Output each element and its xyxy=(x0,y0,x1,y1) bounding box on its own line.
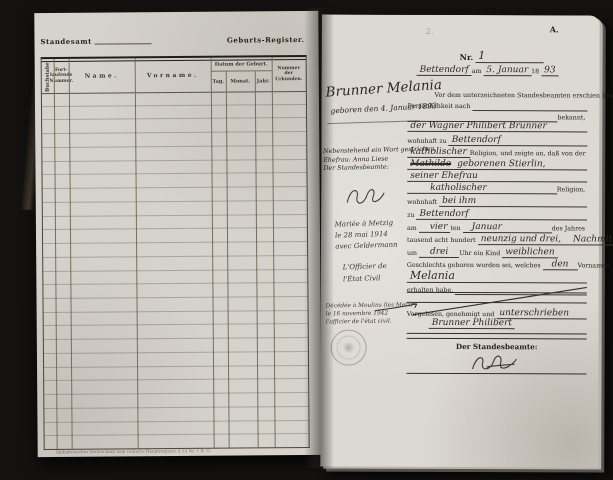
declarant-row: der Wagner Philibert Brunner xyxy=(407,118,587,133)
birthtime-row: um drei Uhr ein Kind weiblichen xyxy=(407,246,587,259)
margin-marriage-note: Mariée à Metzig le 28 mai 1914 avec Geld… xyxy=(335,218,398,253)
erhalten-row: erhalten habe. xyxy=(407,283,587,296)
standesamt-label: Standesamt xyxy=(40,37,91,46)
wohnhaft-value: bei ihm xyxy=(439,196,479,207)
declarant-name: der Wagner Philibert Brunner xyxy=(407,121,549,132)
daytime-value: Nachmittags xyxy=(570,234,613,245)
col-header-day: Tag. xyxy=(211,72,226,92)
divider-rule xyxy=(407,333,587,335)
century-print: 18 xyxy=(531,68,541,76)
mother-name-struck: Mathilde xyxy=(407,159,454,170)
birth-month-value: Januar xyxy=(469,222,505,233)
index-table-header: Buchstabe. Fort- laufende Nummer. Name. … xyxy=(42,57,306,94)
table-row xyxy=(45,434,309,449)
col-header-certificate: Nummer der Urkunden. xyxy=(272,57,306,91)
residence-value: Bettendorf xyxy=(449,135,504,146)
register-title: Geburts-Register. xyxy=(227,35,305,45)
dateline-row: Bettendorf am 5. Januar 18 93 xyxy=(417,62,582,77)
right-page: A. 2. Brunner Melania geboren den 4. Jan… xyxy=(320,15,600,468)
official-signature xyxy=(467,351,523,375)
birthday-row: am vier ten Januar des Jahres xyxy=(407,221,587,234)
left-page: Standesamt Geburts-Register. Buchstabe. … xyxy=(34,11,321,457)
birthplace-value: Bettendorf xyxy=(416,209,471,220)
child-sex-value: weiblichen xyxy=(502,247,557,258)
childname-row: Melania xyxy=(407,268,587,284)
col-header-name: Name. xyxy=(69,58,135,93)
standesbeamte-label: Der Standesbeamte: xyxy=(407,342,587,352)
birthplace-row: zu Bettendorf xyxy=(407,208,587,221)
religion2-value: katholischer xyxy=(427,183,490,194)
col-header-number: Fort- laufende Nummer. xyxy=(54,59,69,93)
birthyear-row: tausend acht hundert neunzig und drei, N… xyxy=(407,233,587,246)
mother-relation: seiner Ehefrau xyxy=(407,171,481,182)
blank-line xyxy=(407,302,587,304)
declarant-signature-row: Brunner Philibert xyxy=(429,316,569,329)
col-header-year: Jahr. xyxy=(255,71,272,91)
notary-stamp-icon xyxy=(331,330,367,366)
col-header-firstname: Vorname. xyxy=(135,58,211,93)
birth-year-value: neunzig und drei, xyxy=(478,234,564,245)
printer-footnote: Alphabetisches Verzeichniß zum Geburts-H… xyxy=(56,449,211,455)
col-header-month: Monat. xyxy=(226,71,255,91)
child-name-value: Melania xyxy=(407,270,458,283)
residence-row: wohnhaft zu Bettendorf xyxy=(407,134,587,147)
table-rows xyxy=(42,91,309,449)
dateline-place: Bettendorf xyxy=(417,65,472,76)
index-table: Buchstabe. Fort- laufende Nummer. Name. … xyxy=(41,55,310,450)
wohnhaft-row: wohnhaft bei ihm xyxy=(407,195,587,208)
mother-maiden-name: geborenen Stierlin, xyxy=(454,159,548,170)
am-label: am xyxy=(472,68,484,76)
pencil-mark: 2. xyxy=(426,27,434,36)
standesamt-blank-line xyxy=(95,43,152,44)
dateline-year: 93 xyxy=(541,65,558,76)
birth-day-value: vier xyxy=(427,222,451,233)
divider-rule xyxy=(407,338,587,340)
margin-officer-note: L'Officier de l'État Civil xyxy=(343,261,388,285)
left-page-header: Standesamt Geburts-Register. xyxy=(40,35,304,46)
col-header-birthdate-group: Datum der Geburt. xyxy=(211,57,272,71)
dateline-date: 5. Januar xyxy=(483,65,531,76)
margin-underline xyxy=(327,120,419,124)
mother-relation-row: seiner Ehefrau xyxy=(407,170,587,183)
mother-row: Mathilde geborenen Stierlin, xyxy=(407,157,587,171)
margin-signature xyxy=(343,183,387,211)
page-marker: A. xyxy=(550,24,559,34)
birth-hour-value: drei xyxy=(427,247,451,258)
religion2-row: katholischer Religion, xyxy=(407,182,587,195)
declarant-signature: Brunner Philibert xyxy=(429,318,515,329)
margin-entry-name: Brunner Melania xyxy=(325,77,442,101)
